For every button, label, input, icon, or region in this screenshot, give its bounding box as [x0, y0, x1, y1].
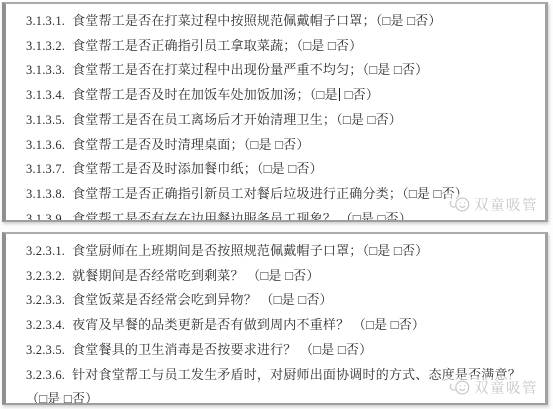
yes-no-checkboxes[interactable]: （□是 □否） [336, 112, 402, 127]
item-number: 3.2.3.1. [26, 244, 65, 258]
item-number: 3.1.3.7. [26, 162, 65, 176]
yes-checkbox[interactable]: （□是 [310, 87, 338, 102]
yes-no-checkboxes[interactable]: （□是 □否） [300, 342, 372, 357]
item-question: 食堂帮工是否在员工离场后才开始清理卫生； [72, 112, 336, 127]
item-question: 食堂饭菜是否经常会吃到异物？ [72, 292, 260, 307]
checklist-item: 3.1.3.8.食堂帮工是否正确指引新员工对餐后垃圾进行正确分类；（□是 □否） [26, 182, 537, 207]
no-checkbox[interactable]: □否） [341, 87, 379, 102]
item-number: 3.1.3.1. [26, 14, 65, 28]
checklist-item: 3.1.3.4.食堂帮工是否及时在加饭车处加饭加汤；（□是 □否） [26, 83, 537, 108]
item-number: 3.2.3.6. [26, 368, 65, 382]
yes-no-checkboxes[interactable]: （□是 □否） [353, 317, 425, 332]
checklist-section-3-1-3: 3.1.3.1.食堂帮工是否在打菜过程中按照规范佩戴帽子口罩；（□是 □否）3.… [2, 2, 548, 222]
checklist-item: 3.2.3.5.食堂餐具的卫生消毒是否按要求进行？ （□是 □否） [26, 338, 537, 363]
checklist-item: 3.1.3.9.食堂帮工是否有存在边用餐边服务员工现象？ （□是 □否） [26, 207, 537, 222]
document-page: 3.1.3.1.食堂帮工是否在打菜过程中按照规范佩戴帽子口罩；（□是 □否）3.… [0, 0, 553, 409]
item-number: 3.2.3.2. [26, 269, 65, 283]
checklist-item: 3.2.3.1.食堂厨师在上班期间是否按照规范佩戴帽子口罩；（□是 □否） [26, 239, 537, 264]
yes-no-checkboxes[interactable]: （□是 □否） [244, 137, 310, 152]
checklist-item: 3.1.3.6.食堂帮工是否及时清理桌面；（□是 □否） [26, 133, 537, 158]
item-number: 3.2.3.3. [26, 293, 65, 307]
item-question: 食堂餐具的卫生消毒是否按要求进行？ [72, 342, 300, 357]
item-question: 就餐期间是否经常吃到剩菜？ [72, 268, 247, 283]
item-question: 针对食堂帮工与员工发生矛盾时，对厨师出面协调时的方式、态度是否满意？ [72, 367, 521, 382]
item-number: 3.2.3.5. [26, 343, 65, 357]
item-question: 夜宵及早餐的品类更新是否有做到周内不重样？ [72, 317, 353, 332]
item-number: 3.1.3.3. [26, 63, 65, 77]
checklist-item: 3.1.3.3.食堂帮工是否在打菜过程中出现份量严重不均匀；（□是 □否） [26, 58, 537, 83]
yes-no-checkboxes[interactable]: （□是 □否） [257, 161, 323, 176]
checklist-item: 3.2.3.4.夜宵及早餐的品类更新是否有做到周内不重样？ （□是 □否） [26, 313, 537, 338]
checklist-item: 3.2.3.3.食堂饭菜是否经常会吃到异物？ （□是 □否） [26, 288, 537, 313]
checklist-item: 3.1.3.2.食堂帮工是否正确指引员工拿取菜蔬；（□是 □否） [26, 34, 537, 59]
checklist-rows: 3.1.3.1.食堂帮工是否在打菜过程中按照规范佩戴帽子口罩；（□是 □否）3.… [6, 4, 545, 222]
yes-no-checkboxes[interactable]: （□是 □否） [297, 38, 363, 53]
yes-no-checkboxes[interactable]: （□是 □否） [340, 211, 412, 222]
checklist-item: 3.2.3.6.针对食堂帮工与员工发生矛盾时，对厨师出面协调时的方式、态度是否满… [26, 363, 537, 405]
item-number: 3.1.3.4. [26, 88, 65, 102]
text-cursor [339, 88, 341, 101]
checklist-item: 3.1.3.1.食堂帮工是否在打菜过程中按照规范佩戴帽子口罩；（□是 □否） [26, 9, 537, 34]
item-question: 食堂帮工是否及时清理桌面； [72, 137, 244, 152]
yes-no-checkboxes[interactable]: （□是 □否） [26, 391, 98, 405]
item-question: 食堂帮工是否正确指引新员工对餐后垃圾进行正确分类； [72, 186, 402, 201]
yes-no-checkboxes[interactable]: （□是 □否） [363, 243, 429, 258]
item-number: 3.1.3.5. [26, 113, 65, 127]
item-question: 食堂帮工是否在打菜过程中出现份量严重不均匀； [72, 62, 362, 77]
item-question: 食堂帮工是否在打菜过程中按照规范佩戴帽子口罩； [72, 13, 376, 28]
item-number: 3.1.3.9. [26, 212, 65, 222]
item-question: 食堂帮工是否及时添加餐巾纸； [72, 161, 257, 176]
checklist-item: 3.1.3.5.食堂帮工是否在员工离场后才开始清理卫生；（□是 □否） [26, 108, 537, 133]
yes-no-checkboxes[interactable]: （□是 □否） [260, 292, 332, 307]
yes-no-checkboxes[interactable]: （□是 □否） [376, 13, 442, 28]
checklist-section-3-2-3: 3.2.3.1.食堂厨师在上班期间是否按照规范佩戴帽子口罩；（□是 □否）3.2… [2, 232, 548, 405]
item-question: 食堂帮工是否正确指引员工拿取菜蔬； [72, 38, 296, 53]
item-question: 食堂厨师在上班期间是否按照规范佩戴帽子口罩； [72, 243, 362, 258]
checklist-item: 3.2.3.2.就餐期间是否经常吃到剩菜？ （□是 □否） [26, 264, 537, 289]
item-number: 3.1.3.8. [26, 187, 65, 201]
yes-no-checkboxes[interactable]: （□是 □否） [363, 62, 429, 77]
checklist-rows: 3.2.3.1.食堂厨师在上班期间是否按照规范佩戴帽子口罩；（□是 □否）3.2… [6, 234, 545, 405]
item-question: 食堂帮工是否有存在边用餐边服务员工现象？ [72, 211, 339, 222]
checklist-item: 3.1.3.7.食堂帮工是否及时添加餐巾纸；（□是 □否） [26, 157, 537, 182]
item-number: 3.2.3.4. [26, 318, 65, 332]
item-number: 3.1.3.2. [26, 39, 65, 53]
item-number: 3.1.3.6. [26, 138, 65, 152]
yes-no-checkboxes[interactable]: （□是 □否） [247, 268, 319, 283]
item-question: 食堂帮工是否及时在加饭车处加饭加汤； [72, 87, 310, 102]
yes-no-checkboxes[interactable]: （□是 □否） [402, 186, 468, 201]
